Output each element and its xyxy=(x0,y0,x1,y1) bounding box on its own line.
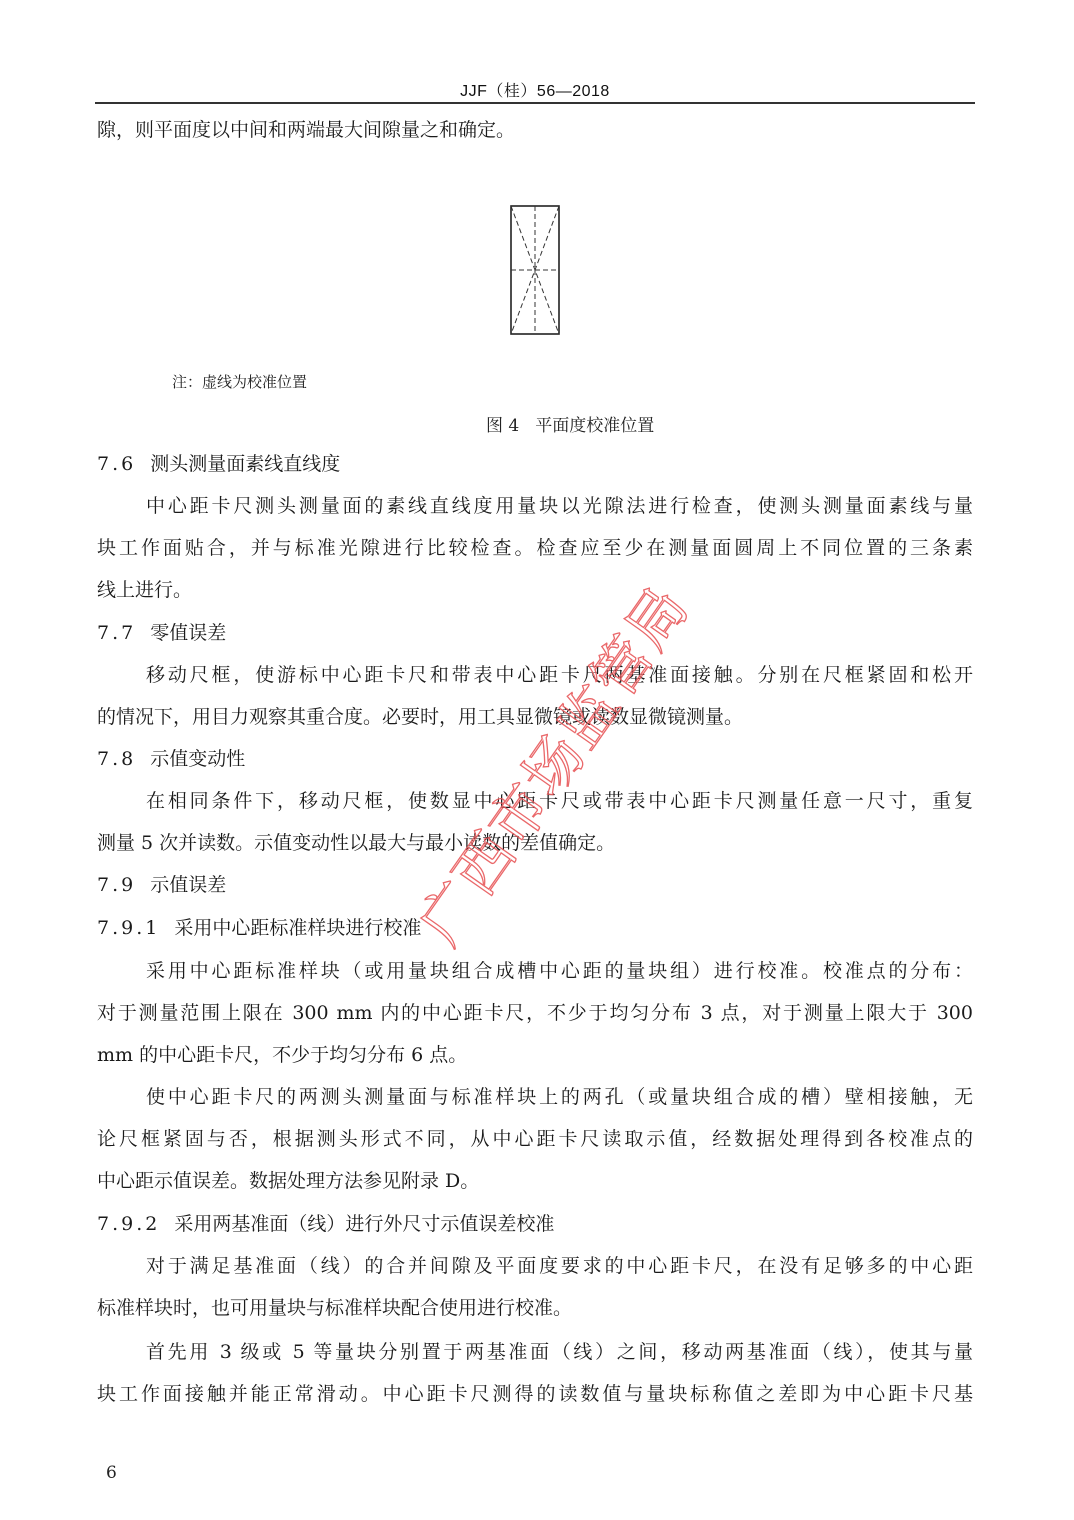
section-title: 采用中心距标准样块进行校准 xyxy=(174,917,421,939)
paragraph-line: 块工作面贴合，并与标准光隙进行比较检查。检查应至少在测量面圆周上不同位置的三条素 xyxy=(97,536,973,560)
section-heading-7-8: 7.8示值变动性 xyxy=(97,747,245,771)
continuation-text: 隙，则平面度以中间和两端最大间隙量之和确定。 xyxy=(97,118,515,142)
flatness-calibration-diagram xyxy=(510,205,560,335)
figure-caption-number: 图 4 xyxy=(486,416,519,436)
section-heading-7-9-2: 7.9.2采用两基准面（线）进行外尺寸示值误差校准 xyxy=(97,1212,554,1236)
paragraph-line: 中心距卡尺测头测量面的素线直线度用量块以光隙法进行检查，使测头测量面素线与量 xyxy=(146,494,973,518)
paragraph-line: 对于测量范围上限在 300 mm 内的中心距卡尺，不少于均匀分布 3 点，对于测… xyxy=(97,1001,973,1025)
paragraph-line: 线上进行。 xyxy=(97,578,192,602)
section-number: 7.6 xyxy=(97,452,136,476)
paragraph-line: 中心距示值误差。数据处理方法参见附录 D。 xyxy=(97,1169,479,1193)
paragraph-line: 对于满足基准面（线）的合并间隙及平面度要求的中心距卡尺，在没有足够多的中心距 xyxy=(146,1254,973,1278)
figure-caption: 图 4平面度校准位置 xyxy=(486,411,654,436)
section-number: 7.8 xyxy=(97,747,136,771)
section-number: 7.7 xyxy=(97,621,136,645)
paragraph-line: 移动尺框，使游标中心距卡尺和带表中心距卡尺两基准面接触。分别在尺框紧固和松开 xyxy=(146,663,973,687)
paragraph-line: 使中心距卡尺的两测头测量面与标准样块上的两孔（或量块组合成的槽）壁相接触，无 xyxy=(146,1085,973,1109)
section-heading-7-9-1: 7.9.1采用中心距标准样块进行校准 xyxy=(97,916,421,940)
document-header-title: JJF（桂）56—2018 xyxy=(95,78,975,101)
section-title: 零值误差 xyxy=(150,622,226,644)
paragraph-line: 标准样块时，也可用量块与标准样块配合使用进行校准。 xyxy=(97,1296,572,1320)
section-title: 示值误差 xyxy=(150,874,226,896)
paragraph-line: 的情况下，用目力观察其重合度。必要时，用工具显微镜或读数显微镜测量。 xyxy=(97,705,743,729)
section-number: 7.9.1 xyxy=(97,916,160,940)
section-heading-7-7: 7.7零值误差 xyxy=(97,621,226,645)
paragraph-line: mm 的中心距卡尺，不少于均匀分布 6 点。 xyxy=(97,1043,467,1067)
paragraph-line: 块工作面接触并能正常滑动。中心距卡尺测得的读数值与量块标称值之差即为中心距卡尺基 xyxy=(97,1382,973,1406)
section-number: 7.9.2 xyxy=(97,1212,160,1236)
section-title: 采用两基准面（线）进行外尺寸示值误差校准 xyxy=(174,1213,554,1235)
section-heading-7-9: 7.9示值误差 xyxy=(97,873,226,897)
section-title: 示值变动性 xyxy=(150,748,245,770)
paragraph-line: 采用中心距标准样块（或用量块组合成槽中心距的量块组）进行校准。校准点的分布： xyxy=(146,959,973,983)
paragraph-line: 在相同条件下，移动尺框，使数显中心距卡尺或带表中心距卡尺测量任意一尺寸，重复 xyxy=(146,789,973,813)
figure-note: 注：虚线为校准位置 xyxy=(172,371,307,392)
header-rule xyxy=(95,102,975,104)
section-number: 7.9 xyxy=(97,873,136,897)
paragraph-line: 测量 5 次并读数。示值变动性以最大与最小读数的差值确定。 xyxy=(97,831,615,855)
paragraph-line: 首先用 3 级或 5 等量块分别置于两基准面（线）之间，移动两基准面（线），使其… xyxy=(146,1340,973,1364)
paragraph-line: 论尺框紧固与否，根据测头形式不同，从中心距卡尺读取示值，经数据处理得到各校准点的 xyxy=(97,1127,973,1151)
watermark-stamp: 广西市场监管局 xyxy=(395,566,705,958)
page-number: 6 xyxy=(106,1463,117,1483)
section-heading-7-6: 7.6测头测量面素线直线度 xyxy=(97,452,340,476)
section-title: 测头测量面素线直线度 xyxy=(150,453,340,475)
figure-caption-title: 平面度校准位置 xyxy=(535,416,654,436)
